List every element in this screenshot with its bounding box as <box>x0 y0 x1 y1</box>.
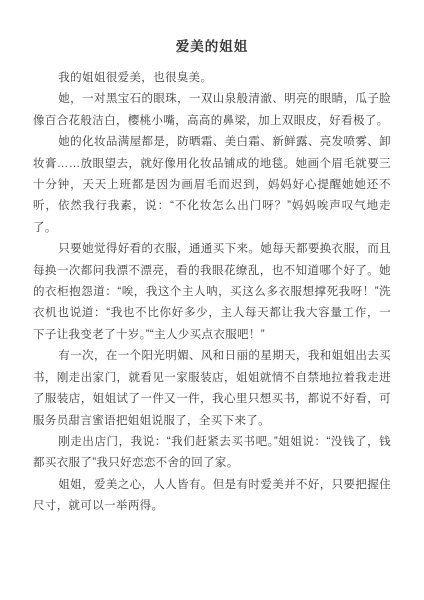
paragraph: 她，一对黑宝石的眼珠，一双山泉般清澈、明亮的眼睛，瓜子脸像百合花般洁白，樱桃小嘴… <box>33 89 391 132</box>
paragraph: 姐姐，爱美之心，人人皆有。但是有时爱美并不好，只要把握住尺寸，就可以一举两得。 <box>33 475 391 518</box>
paragraph: 刚走出店门，我说：“我们赶紧去买书吧。”姐姐说：“没钱了，钱都买衣服了”我只好恋… <box>33 432 391 475</box>
paragraph: 她的化妆品满屋都是，防晒霜、美白霜、新鲜露、亮发喷雾、卸妆膏……放眼望去，就好像… <box>33 132 391 239</box>
paragraph: 我的姐姐很爱美，也很臭美。 <box>33 68 391 89</box>
paragraph: 只要她觉得好看的衣服，通通买下来。她每天都要换衣服，而且每换一次都问我漂不漂亮，… <box>33 239 391 346</box>
page-title: 爱美的姐姐 <box>33 38 391 56</box>
paragraph: 有一次，在一个阳光明媚、风和日丽的星期天，我和姐姐出去买书，刚走出家门，就看见一… <box>33 346 391 432</box>
document-page: 爱美的姐姐 我的姐姐很爱美，也很臭美。她，一对黑宝石的眼珠，一双山泉般清澈、明亮… <box>0 0 424 600</box>
document-body: 我的姐姐很爱美，也很臭美。她，一对黑宝石的眼珠，一双山泉般清澈、明亮的眼睛，瓜子… <box>33 68 391 518</box>
